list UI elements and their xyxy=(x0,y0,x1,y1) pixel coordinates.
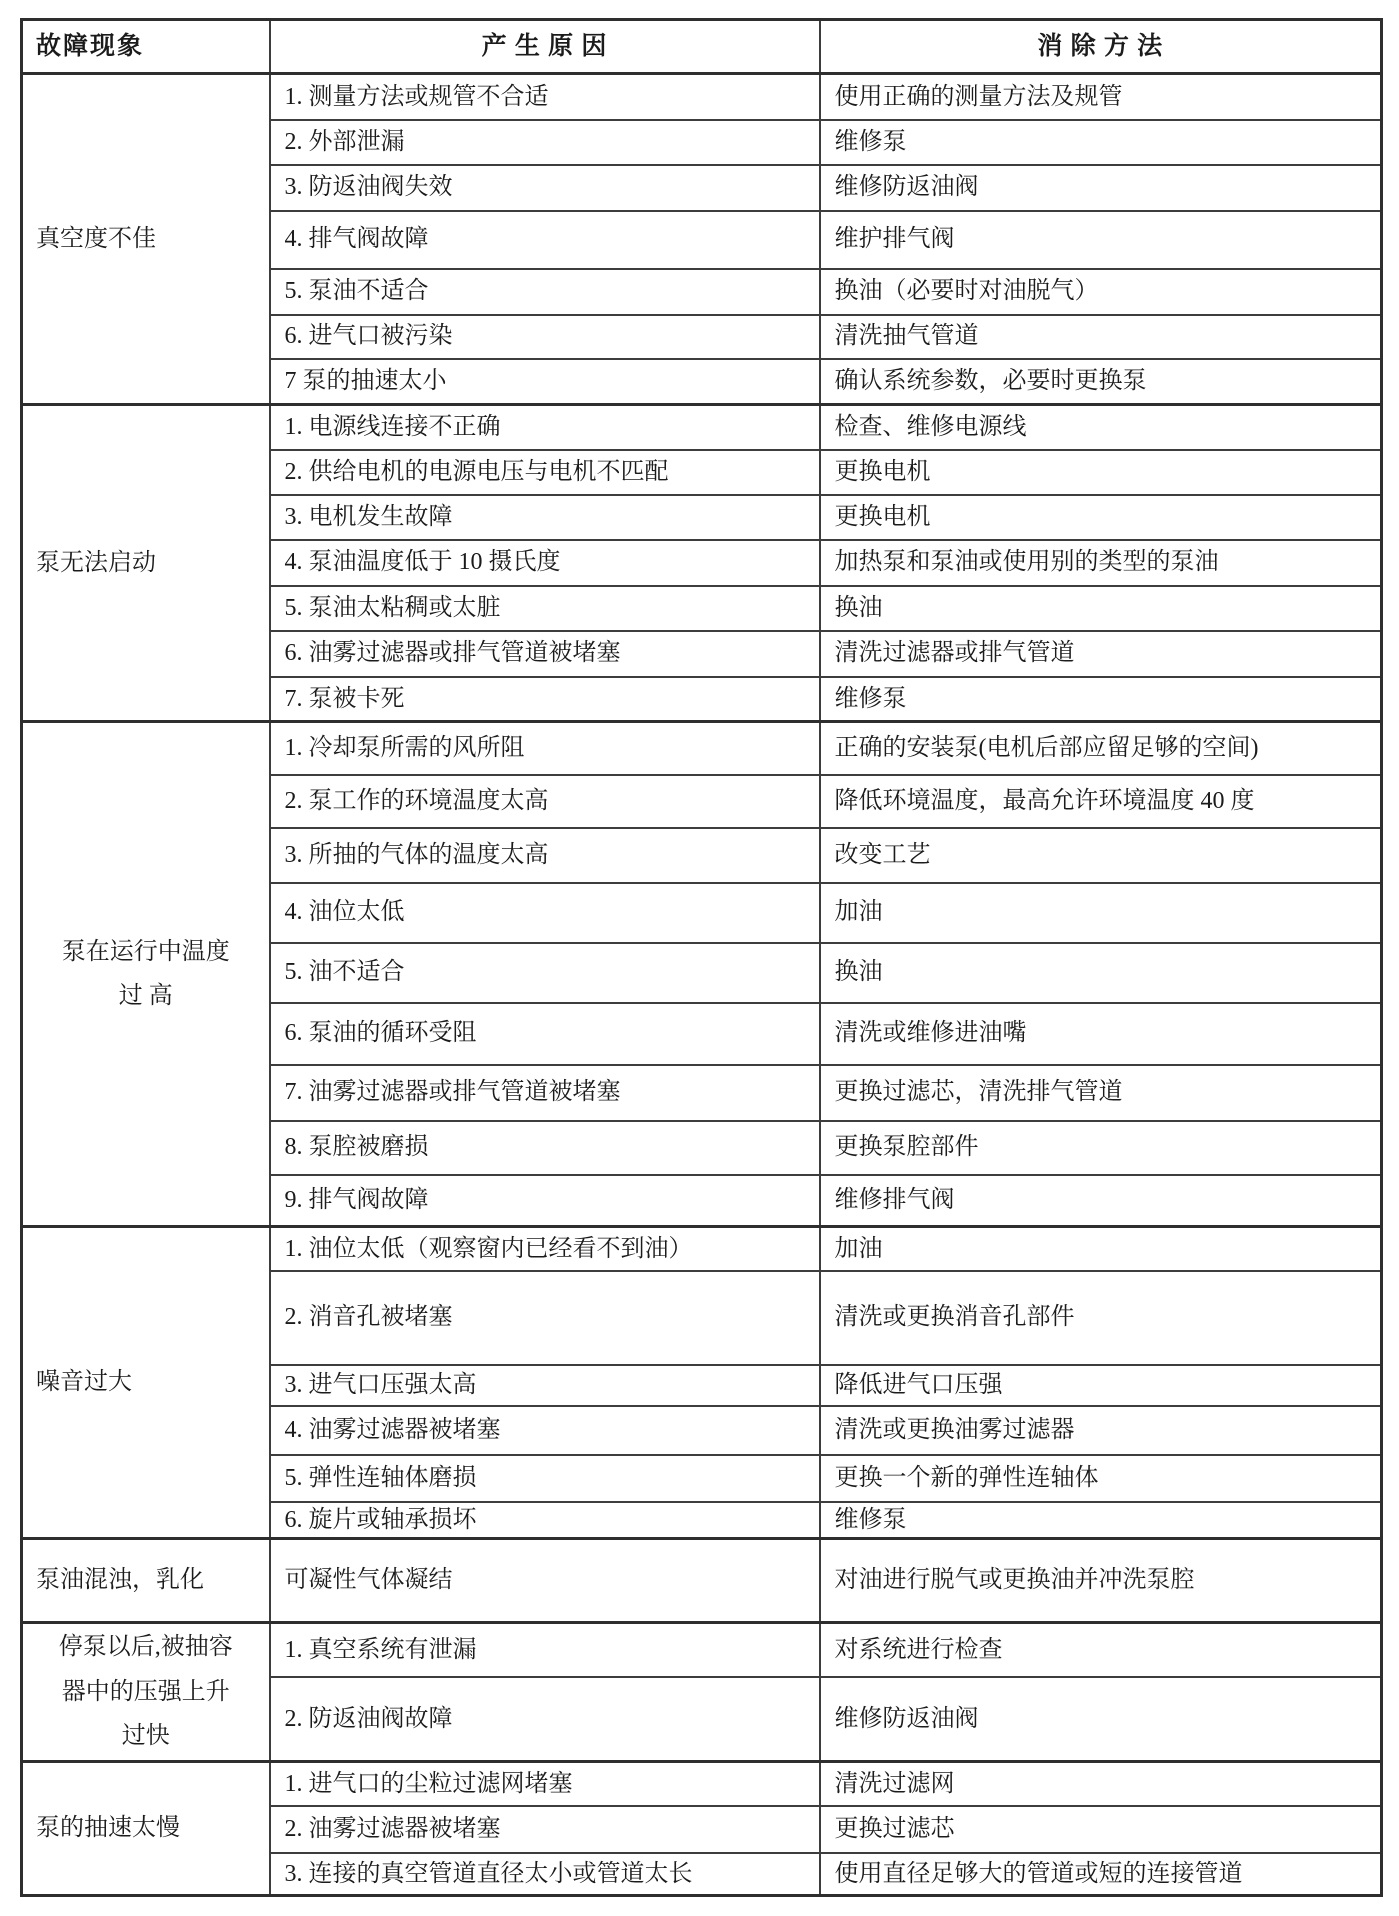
remedy-cell: 清洗抽气管道 xyxy=(820,315,1382,359)
cause-cell: 7 泵的抽速太小 xyxy=(270,359,820,405)
cause-cell: 6. 泵油的循环受阻 xyxy=(270,1003,820,1065)
table-row: 停泵以后,被抽容 器中的压强上升 过快 1. 真空系统有泄漏 对系统进行检查 xyxy=(22,1623,1382,1677)
remedy-cell: 维护排气阀 xyxy=(820,211,1382,269)
remedy-cell: 更换过滤芯 xyxy=(820,1806,1382,1853)
remedy-cell: 使用直径足够大的管道或短的连接管道 xyxy=(820,1853,1382,1896)
cause-cell: 9. 排气阀故障 xyxy=(270,1175,820,1227)
remedy-cell: 更换电机 xyxy=(820,450,1382,495)
cause-cell: 4. 油位太低 xyxy=(270,883,820,943)
remedy-cell: 更换泵腔部件 xyxy=(820,1121,1382,1175)
cause-cell: 1. 进气口的尘粒过滤网堵塞 xyxy=(270,1762,820,1806)
cause-cell: 3. 连接的真空管道直径太小或管道太长 xyxy=(270,1853,820,1896)
remedy-cell: 使用正确的测量方法及规管 xyxy=(820,74,1382,120)
remedy-cell: 正确的安装泵(电机后部应留足够的空间) xyxy=(820,722,1382,775)
remedy-cell: 维修泵 xyxy=(820,1502,1382,1539)
remedy-cell: 清洗或更换消音孔部件 xyxy=(820,1271,1382,1365)
cause-cell: 1. 真空系统有泄漏 xyxy=(270,1623,820,1677)
cause-cell: 5. 油不适合 xyxy=(270,943,820,1003)
cause-cell: 3. 防返油阀失效 xyxy=(270,165,820,211)
remedy-cell: 维修泵 xyxy=(820,120,1382,165)
cause-cell: 3. 所抽的气体的温度太高 xyxy=(270,828,820,883)
table-row: 泵油混浊，乳化 可凝性气体凝结 对油进行脱气或更换油并冲洗泵腔 xyxy=(22,1539,1382,1623)
cause-cell: 2. 油雾过滤器被堵塞 xyxy=(270,1806,820,1853)
table-row: 泵的抽速太慢 1. 进气口的尘粒过滤网堵塞 清洗过滤网 xyxy=(22,1762,1382,1806)
remedy-cell: 加油 xyxy=(820,1227,1382,1271)
remedy-cell: 对系统进行检查 xyxy=(820,1623,1382,1677)
table-row: 噪音过大 1. 油位太低（观察窗内已经看不到油） 加油 xyxy=(22,1227,1382,1271)
phenomenon-cell: 泵在运行中温度 过 高 xyxy=(22,722,270,1227)
remedy-cell: 换油（必要时对油脱气） xyxy=(820,269,1382,315)
cause-cell: 2. 泵工作的环境温度太高 xyxy=(270,775,820,828)
table-row: 泵在运行中温度 过 高 1. 冷却泵所需的风所阻 正确的安装泵(电机后部应留足够… xyxy=(22,722,1382,775)
troubleshooting-table: 故障现象 产 生 原 因 消 除 方 法 真空度不佳 1. 测量方法或规管不合适… xyxy=(20,18,1383,1897)
cause-cell: 1. 电源线连接不正确 xyxy=(270,405,820,450)
remedy-cell: 维修防返油阀 xyxy=(820,165,1382,211)
cause-cell: 2. 防返油阀故障 xyxy=(270,1677,820,1762)
remedy-cell: 维修泵 xyxy=(820,677,1382,722)
cause-cell: 1. 冷却泵所需的风所阻 xyxy=(270,722,820,775)
remedy-cell: 换油 xyxy=(820,586,1382,631)
cause-cell: 1. 油位太低（观察窗内已经看不到油） xyxy=(270,1227,820,1271)
remedy-cell: 更换过滤芯，清洗排气管道 xyxy=(820,1065,1382,1121)
remedy-cell: 换油 xyxy=(820,943,1382,1003)
cause-cell: 5. 泵油太粘稠或太脏 xyxy=(270,586,820,631)
phenomenon-cell: 泵的抽速太慢 xyxy=(22,1762,270,1896)
remedy-cell: 清洗过滤器或排气管道 xyxy=(820,631,1382,677)
column-header-remedy: 消 除 方 法 xyxy=(820,20,1382,74)
remedy-cell: 更换电机 xyxy=(820,495,1382,540)
cause-cell: 4. 排气阀故障 xyxy=(270,211,820,269)
cause-cell: 5. 泵油不适合 xyxy=(270,269,820,315)
phenomenon-cell: 真空度不佳 xyxy=(22,74,270,405)
table-row: 泵无法启动 1. 电源线连接不正确 检查、维修电源线 xyxy=(22,405,1382,450)
cause-cell: 可凝性气体凝结 xyxy=(270,1539,820,1623)
remedy-cell: 加油 xyxy=(820,883,1382,943)
remedy-cell: 检查、维修电源线 xyxy=(820,405,1382,450)
cause-cell: 2. 外部泄漏 xyxy=(270,120,820,165)
remedy-cell: 改变工艺 xyxy=(820,828,1382,883)
cause-cell: 6. 进气口被污染 xyxy=(270,315,820,359)
cause-cell: 1. 测量方法或规管不合适 xyxy=(270,74,820,120)
cause-cell: 7. 油雾过滤器或排气管道被堵塞 xyxy=(270,1065,820,1121)
table-row: 真空度不佳 1. 测量方法或规管不合适 使用正确的测量方法及规管 xyxy=(22,74,1382,120)
remedy-cell: 加热泵和泵油或使用别的类型的泵油 xyxy=(820,540,1382,586)
remedy-cell: 清洗过滤网 xyxy=(820,1762,1382,1806)
remedy-cell: 更换一个新的弹性连轴体 xyxy=(820,1455,1382,1502)
cause-cell: 5. 弹性连轴体磨损 xyxy=(270,1455,820,1502)
phenomenon-cell: 泵油混浊，乳化 xyxy=(22,1539,270,1623)
table-header-row: 故障现象 产 生 原 因 消 除 方 法 xyxy=(22,20,1382,74)
cause-cell: 4. 油雾过滤器被堵塞 xyxy=(270,1406,820,1455)
cause-cell: 6. 油雾过滤器或排气管道被堵塞 xyxy=(270,631,820,677)
cause-cell: 2. 供给电机的电源电压与电机不匹配 xyxy=(270,450,820,495)
phenomenon-cell: 噪音过大 xyxy=(22,1227,270,1539)
remedy-cell: 降低环境温度，最高允许环境温度 40 度 xyxy=(820,775,1382,828)
cause-cell: 3. 进气口压强太高 xyxy=(270,1365,820,1406)
cause-cell: 4. 泵油温度低于 10 摄氏度 xyxy=(270,540,820,586)
cause-cell: 6. 旋片或轴承损坏 xyxy=(270,1502,820,1539)
remedy-cell: 确认系统参数，必要时更换泵 xyxy=(820,359,1382,405)
phenomenon-cell: 停泵以后,被抽容 器中的压强上升 过快 xyxy=(22,1623,270,1762)
remedy-cell: 清洗或维修进油嘴 xyxy=(820,1003,1382,1065)
cause-cell: 8. 泵腔被磨损 xyxy=(270,1121,820,1175)
column-header-phenomenon: 故障现象 xyxy=(22,20,270,74)
column-header-cause: 产 生 原 因 xyxy=(270,20,820,74)
cause-cell: 7. 泵被卡死 xyxy=(270,677,820,722)
remedy-cell: 清洗或更换油雾过滤器 xyxy=(820,1406,1382,1455)
remedy-cell: 对油进行脱气或更换油并冲洗泵腔 xyxy=(820,1539,1382,1623)
remedy-cell: 降低进气口压强 xyxy=(820,1365,1382,1406)
remedy-cell: 维修排气阀 xyxy=(820,1175,1382,1227)
phenomenon-cell: 泵无法启动 xyxy=(22,405,270,722)
cause-cell: 3. 电机发生故障 xyxy=(270,495,820,540)
cause-cell: 2. 消音孔被堵塞 xyxy=(270,1271,820,1365)
remedy-cell: 维修防返油阀 xyxy=(820,1677,1382,1762)
